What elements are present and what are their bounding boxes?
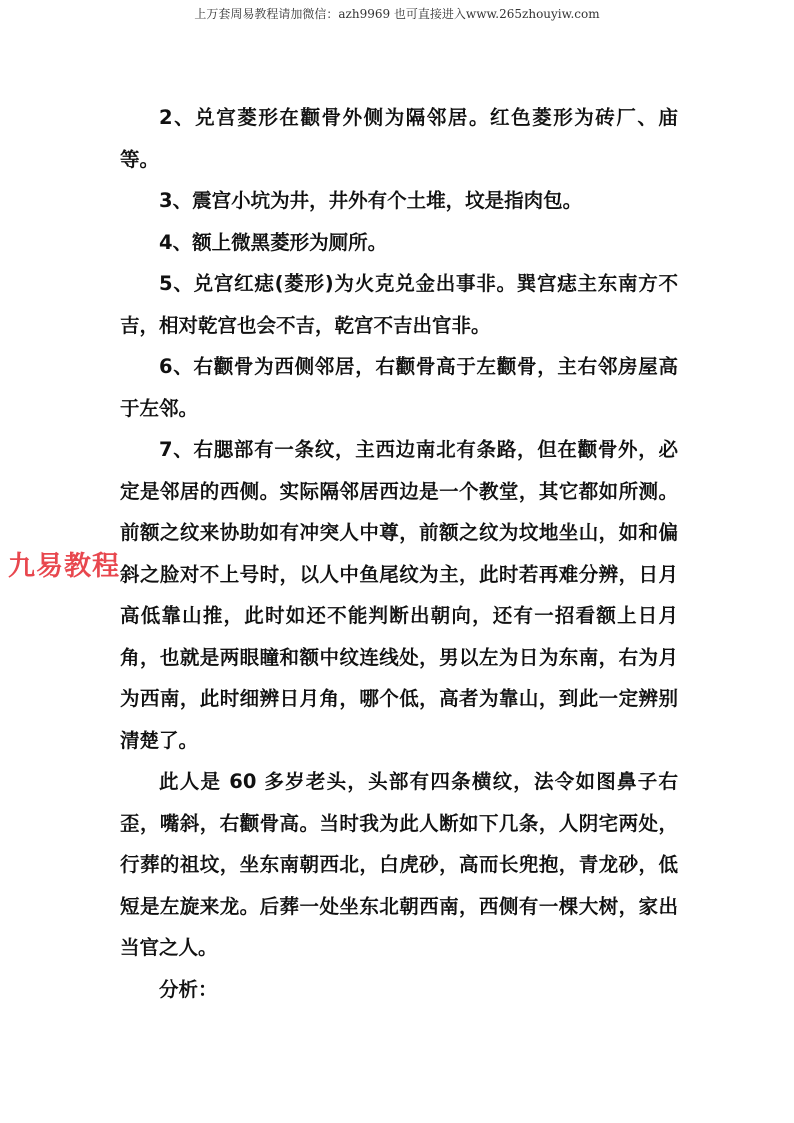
page-header-banner: 上万套周易教程请加微信：azh9969 也可直接进入www.265zhouyiw… xyxy=(0,5,794,22)
watermark-logo: 九易教程 xyxy=(8,544,120,583)
paragraph-item-7: 7、右腮部有一条纹，主西边南北有条路，但在颧骨外，必定是邻居的西侧。实际隔邻居西… xyxy=(120,429,678,761)
paragraph-item-4: 4、额上微黑菱形为厕所。 xyxy=(120,222,678,264)
paragraph-analysis-heading: 分析： xyxy=(120,969,678,1011)
paragraph-item-6: 6、右颧骨为西侧邻居，右颧骨高于左颧骨，主右邻房屋高于左邻。 xyxy=(120,346,678,429)
paragraph-item-2: 2、兑宫菱形在颧骨外侧为隔邻居。红色菱形为砖厂、庙等。 xyxy=(120,97,678,180)
paragraph-item-3: 3、震宫小坑为井，井外有个土堆，坟是指肉包。 xyxy=(120,180,678,222)
document-body: 2、兑宫菱形在颧骨外侧为隔邻居。红色菱形为砖厂、庙等。 3、震宫小坑为井，井外有… xyxy=(120,97,678,1010)
paragraph-item-5: 5、兑宫红痣(菱形)为火克兑金出事非。巽宫痣主东南方不吉，相对乾宫也会不吉，乾宫… xyxy=(120,263,678,346)
paragraph-case-description: 此人是 60 多岁老头，头部有四条横纹，法令如图鼻子右歪，嘴斜，右颧骨高。当时我… xyxy=(120,761,678,969)
